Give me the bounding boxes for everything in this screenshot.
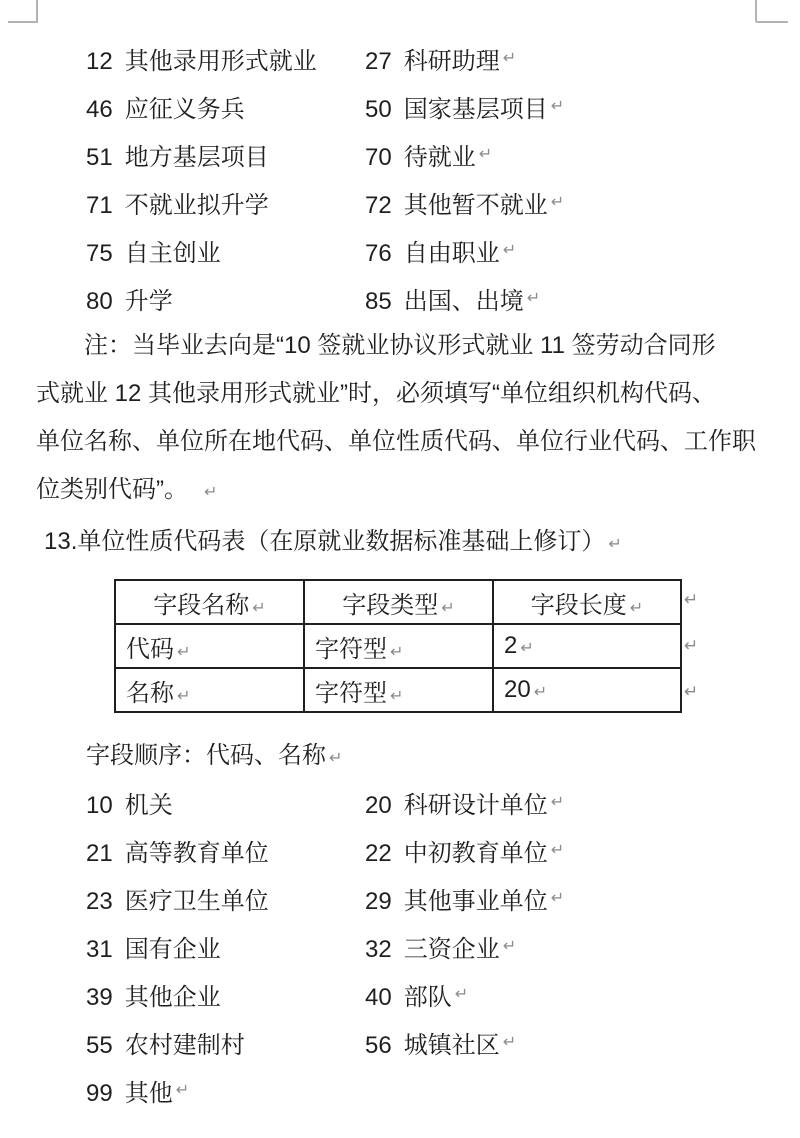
table-header-row: 字段名称↵ 字段类型↵ 字段长度↵ <box>115 580 681 624</box>
code-row: 46 应征义务兵50 国家基层项目↵ <box>86 82 776 130</box>
cell-mark-icon: ↵ <box>390 644 403 661</box>
code-row: 23 医疗卫生单位29 其他事业单位↵ <box>86 874 776 922</box>
cell-mark-icon: ↵ <box>252 600 265 617</box>
table-cell: 名称↵ <box>115 668 304 712</box>
cell-mark-icon: ↵ <box>534 684 547 701</box>
cell-mark-icon: ↵ <box>177 644 190 661</box>
code-row: 75 自主创业76 自由职业↵ <box>86 226 776 274</box>
graduation-code-list: 12 其他录用形式就业27 科研助理↵46 应征义务兵50 国家基层项目↵51 … <box>86 34 776 322</box>
note-text: 式就业 12 其他录用形式就业”时，必须填写“单位组织机构代码、 <box>36 380 716 407</box>
row-end-mark-icon: ↵ <box>684 682 698 702</box>
table-cell: 字符型↵ <box>304 668 493 712</box>
cell-mark-icon: ↵ <box>177 688 190 705</box>
note-line: 单位名称、单位所在地代码、单位性质代码、单位行业代码、工作职 <box>36 418 764 466</box>
paragraph-mark-icon: ↵ <box>551 792 564 812</box>
text-boundary-mark-top-left <box>36 0 38 22</box>
code-item-right: 76 自由职业 <box>365 233 500 268</box>
paragraph-mark-icon: ↵ <box>503 240 516 260</box>
code-row: 10 机关20 科研设计单位↵ <box>86 778 776 826</box>
code-item-right: 32 三资企业 <box>365 929 500 964</box>
code-row: 71 不就业拟升学72 其他暂不就业↵ <box>86 178 776 226</box>
code-item-right: 40 部队 <box>365 977 452 1012</box>
code-item-left: 51 地方基层项目 <box>86 137 365 172</box>
code-item-right: 85 出国、出境 <box>365 281 524 316</box>
cell-mark-icon: ↵ <box>441 600 454 617</box>
code-item-left: 99 其他 <box>86 1073 173 1108</box>
paragraph-mark-icon: ↵ <box>503 936 516 956</box>
paragraph-mark-icon: ↵ <box>551 888 564 908</box>
cell-text: 2 <box>504 632 517 659</box>
cell-text: 代码 <box>126 636 174 663</box>
row-end-mark-icon: ↵ <box>684 590 698 610</box>
note-text: 注：当毕业去向是“10 签就业协议形式就业 11 签劳动合同形 <box>84 332 716 359</box>
cell-mark-icon: ↵ <box>630 600 643 617</box>
cell-text: 20 <box>504 676 531 703</box>
code-item-right: 70 待就业 <box>365 137 476 172</box>
note-text: 位类别代码”。 <box>36 476 188 503</box>
paragraph-mark-icon: ↵ <box>551 840 564 860</box>
code-item-left: 46 应征义务兵 <box>86 89 365 124</box>
code-item-left: 12 其他录用形式就业 <box>86 41 365 76</box>
paragraph-mark-icon: ↵ <box>608 536 621 553</box>
code-item-left: 55 农村建制村 <box>86 1025 365 1060</box>
cell-text: 字符型 <box>315 636 387 663</box>
table-cell: 字符型↵ <box>304 624 493 668</box>
unit-nature-code-list: 10 机关20 科研设计单位↵21 高等教育单位22 中初教育单位↵23 医疗卫… <box>86 778 776 1114</box>
code-row: 31 国有企业32 三资企业↵ <box>86 922 776 970</box>
table-header-cell: 字段名称↵ <box>115 580 304 624</box>
code-item-right: 72 其他暂不就业 <box>365 185 548 220</box>
paragraph-mark-icon: ↵ <box>527 288 540 308</box>
row-end-mark-icon: ↵ <box>684 636 698 656</box>
text-boundary-mark-top-right <box>755 0 757 22</box>
note-text: 单位名称、单位所在地代码、单位性质代码、单位行业代码、工作职 <box>36 428 756 455</box>
note-line: 位类别代码”。↵ <box>36 466 764 514</box>
header-text: 字段名称 <box>153 592 249 619</box>
code-item-left: 23 医疗卫生单位 <box>86 881 365 916</box>
header-text: 字段长度 <box>531 592 627 619</box>
table-header-cell: 字段类型↵ <box>304 580 493 624</box>
code-item-right: 29 其他事业单位 <box>365 881 548 916</box>
table-header-cell: 字段长度↵ <box>493 580 681 624</box>
paragraph-mark-icon: ↵ <box>329 750 342 767</box>
cell-text: 名称 <box>126 680 174 707</box>
code-item-left: 21 高等教育单位 <box>86 833 365 868</box>
code-item-left: 80 升学 <box>86 281 365 316</box>
table-cell: 代码↵ <box>115 624 304 668</box>
code-row: 21 高等教育单位22 中初教育单位↵ <box>86 826 776 874</box>
cell-text: 字符型 <box>315 680 387 707</box>
code-row: 80 升学85 出国、出境↵ <box>86 274 776 322</box>
paragraph-mark-icon: ↵ <box>551 96 564 116</box>
code-item-right: 22 中初教育单位 <box>365 833 548 868</box>
section-heading: 13.单位性质代码表（在原就业数据标准基础上修订）↵ <box>44 518 622 566</box>
code-item-right: 20 科研设计单位 <box>365 785 548 820</box>
paragraph-mark-icon: ↵ <box>455 984 468 1004</box>
note-line: 式就业 12 其他录用形式就业”时，必须填写“单位组织机构代码、 <box>36 370 764 418</box>
paragraph-mark-icon: ↵ <box>176 1080 189 1100</box>
table-cell: 2↵ <box>493 624 681 668</box>
table-row: 代码↵ 字符型↵ 2↵ <box>115 624 681 668</box>
paragraph-mark-icon: ↵ <box>503 1032 516 1052</box>
cell-mark-icon: ↵ <box>520 640 533 657</box>
word-document-page: 12 其他录用形式就业27 科研助理↵46 应征义务兵50 国家基层项目↵51 … <box>0 0 800 1138</box>
text-boundary-mark-top-right <box>756 21 788 23</box>
cell-mark-icon: ↵ <box>390 688 403 705</box>
code-item-left: 75 自主创业 <box>86 233 365 268</box>
paragraph-mark-icon: ↵ <box>479 144 492 164</box>
note-line: 注：当毕业去向是“10 签就业协议形式就业 11 签劳动合同形 <box>36 322 764 370</box>
code-row: 55 农村建制村56 城镇社区↵ <box>86 1018 776 1066</box>
section-heading-text: 13.单位性质代码表（在原就业数据标准基础上修订） <box>44 528 605 555</box>
paragraph-mark-icon: ↵ <box>503 48 516 68</box>
paragraph-mark-icon: ↵ <box>204 484 217 501</box>
code-row: 51 地方基层项目70 待就业↵ <box>86 130 776 178</box>
field-definition-table: 字段名称↵ 字段类型↵ 字段长度↵ 代码↵ 字符型↵ 2↵ 名称↵ 字符型↵ 2… <box>114 579 682 713</box>
code-item-right: 27 科研助理 <box>365 41 500 76</box>
code-item-left: 71 不就业拟升学 <box>86 185 365 220</box>
code-item-right: 56 城镇社区 <box>365 1025 500 1060</box>
code-item-left: 31 国有企业 <box>86 929 365 964</box>
table-cell: 20↵ <box>493 668 681 712</box>
note-paragraph: 注：当毕业去向是“10 签就业协议形式就业 11 签劳动合同形 式就业 12 其… <box>36 322 764 514</box>
code-row: 39 其他企业40 部队↵ <box>86 970 776 1018</box>
field-order-line: 字段顺序：代码、名称↵ <box>86 732 342 780</box>
code-item-left: 39 其他企业 <box>86 977 365 1012</box>
header-text: 字段类型 <box>342 592 438 619</box>
code-item-right: 50 国家基层项目 <box>365 89 548 124</box>
code-row: 99 其他↵ <box>86 1066 776 1114</box>
code-item-left: 10 机关 <box>86 785 365 820</box>
code-row: 12 其他录用形式就业27 科研助理↵ <box>86 34 776 82</box>
text-boundary-mark-top-left <box>8 21 38 23</box>
field-order-text: 字段顺序：代码、名称 <box>86 742 326 769</box>
table-row: 名称↵ 字符型↵ 20↵ <box>115 668 681 712</box>
paragraph-mark-icon: ↵ <box>551 192 564 212</box>
